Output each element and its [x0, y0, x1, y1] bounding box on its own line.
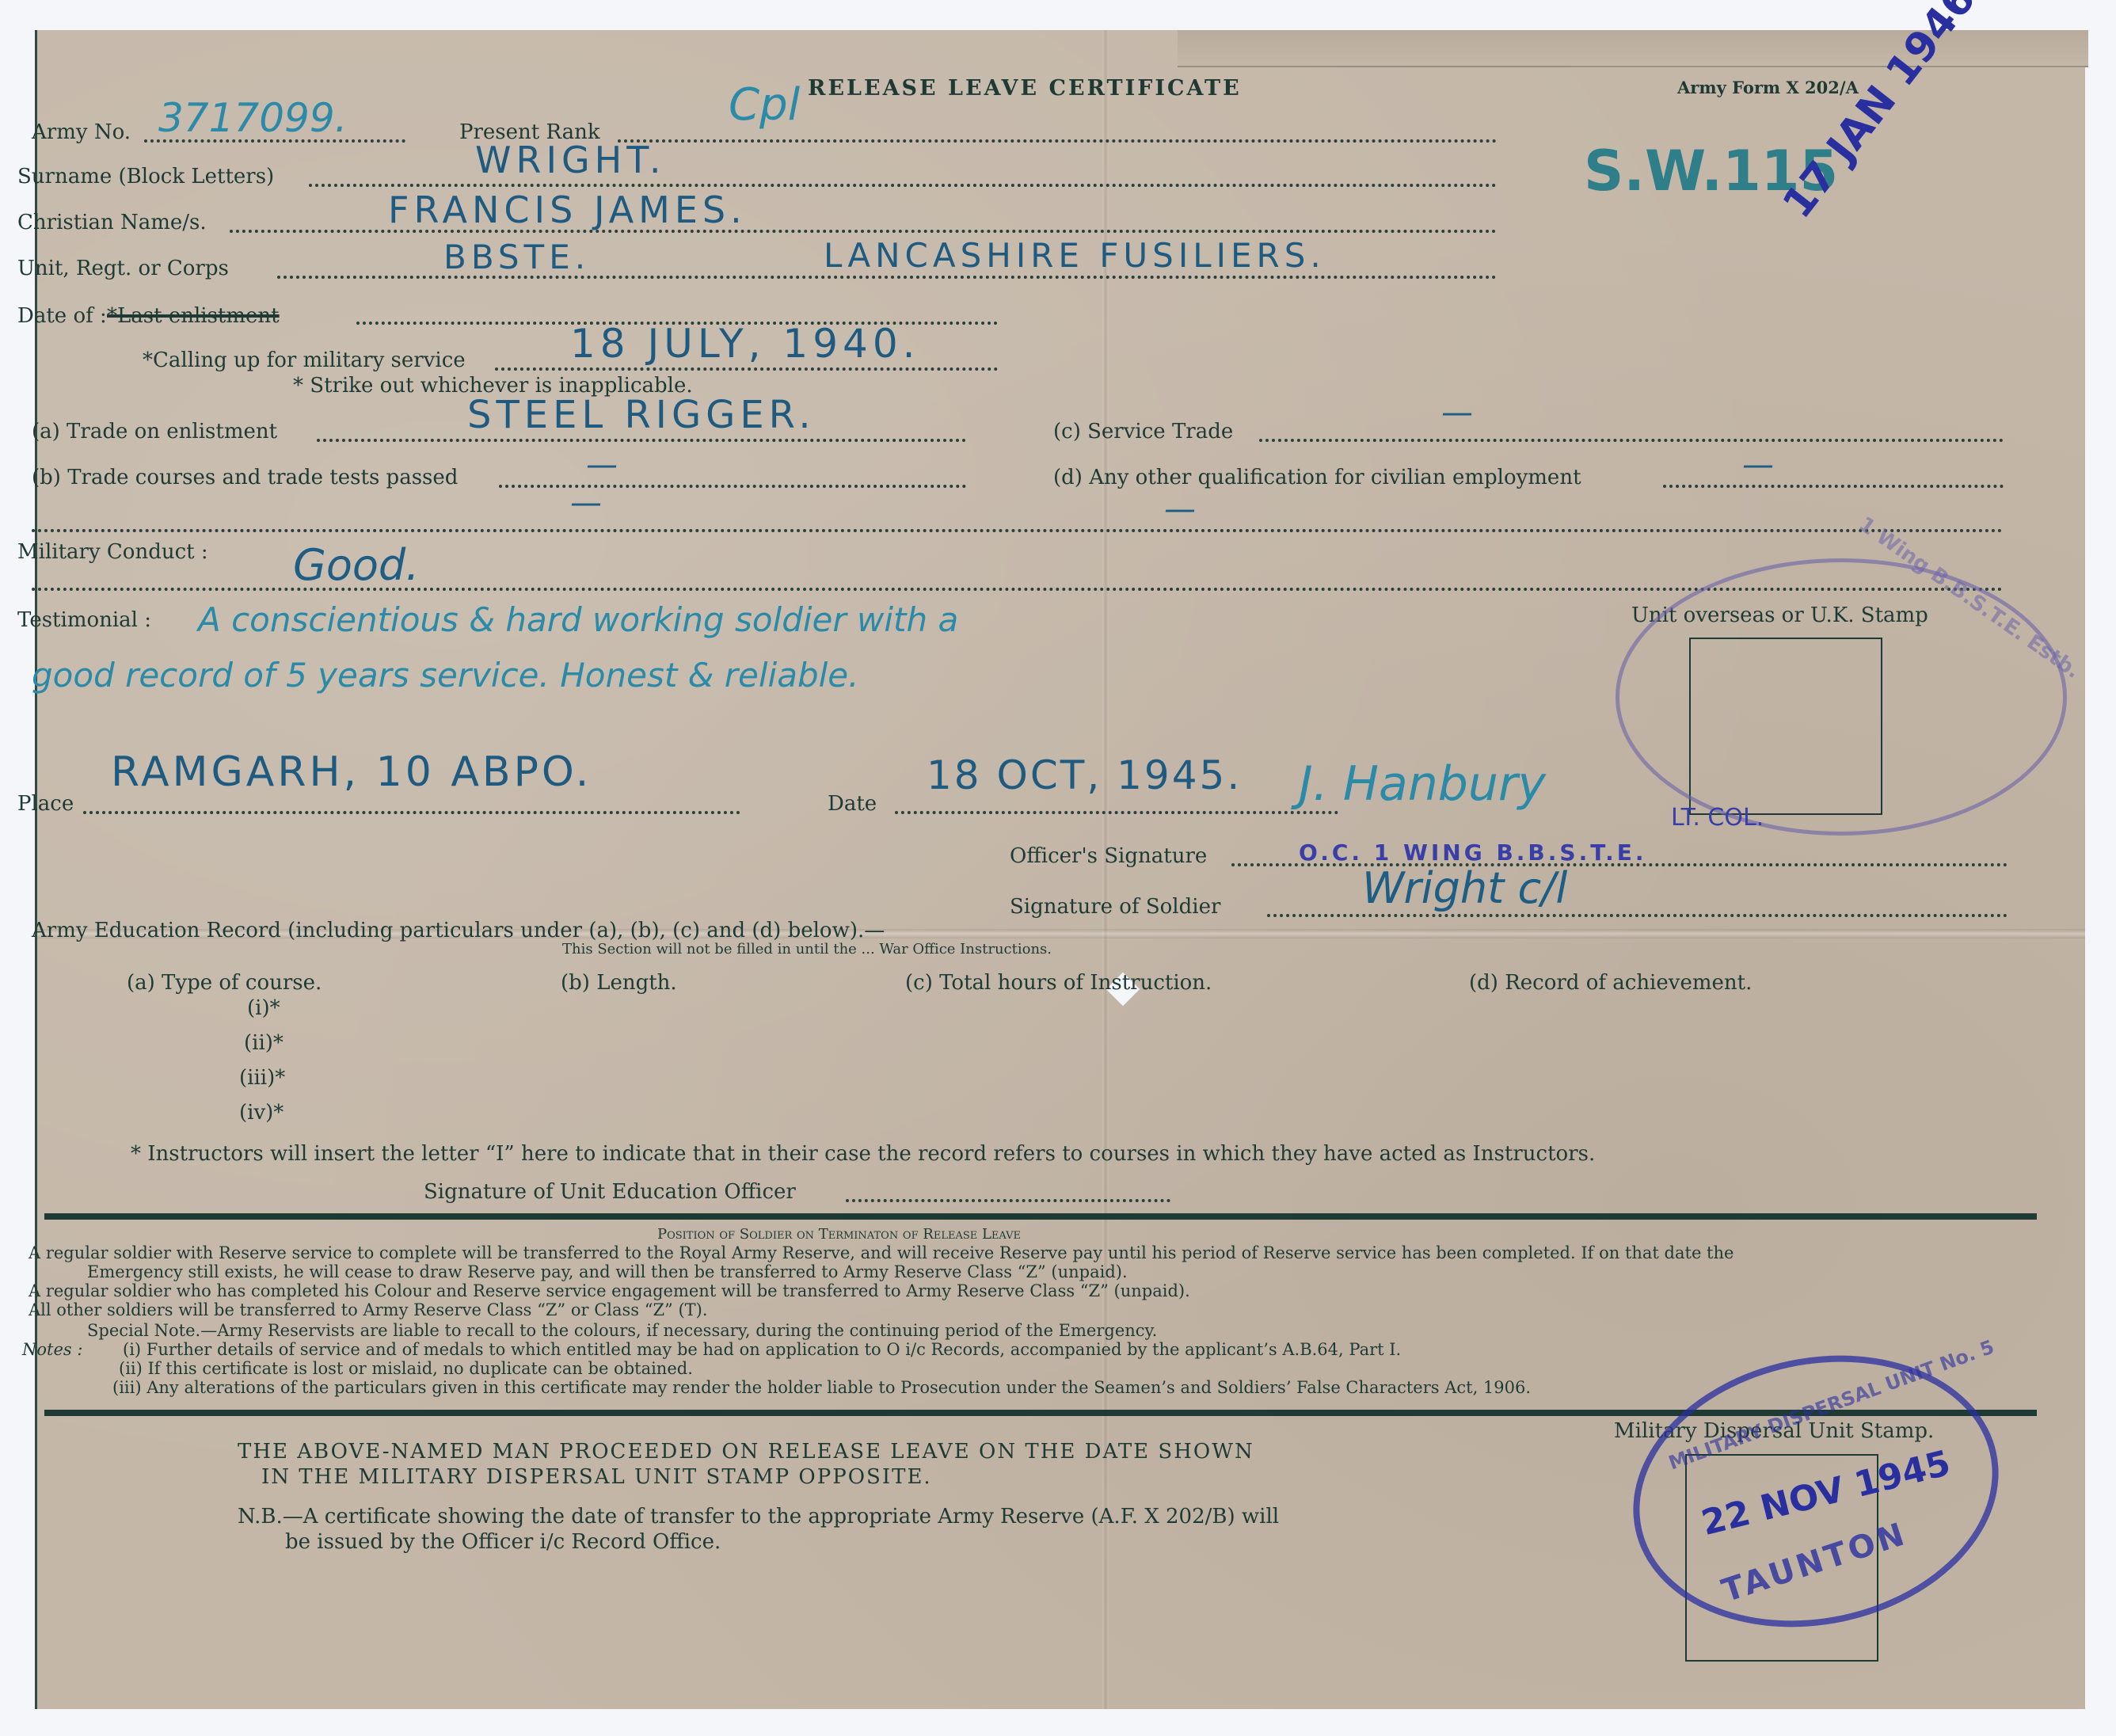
document-title: RELEASE LEAVE CERTIFICATE	[808, 76, 1242, 101]
education-row-i: (i)*	[247, 996, 280, 1020]
unit-value: BBSTE.	[443, 238, 590, 276]
other-qualification-line	[1663, 485, 2004, 488]
education-row-iv: (iv)*	[239, 1101, 284, 1125]
conduct-value: Good.	[293, 540, 419, 590]
trade-enlistment-line	[317, 439, 966, 442]
place-line	[83, 811, 740, 814]
christian-names-label: Christian Name/s.	[17, 211, 207, 234]
trade-courses-label: (b) Trade courses and trade tests passed	[32, 466, 458, 489]
place-value: RAMGARH, 10 ABPO.	[111, 748, 592, 796]
education-col-achievement: (d) Record of achievement.	[1469, 971, 1752, 995]
officer-signature: J. Hanbury	[1299, 756, 1546, 812]
education-col-length: (b) Length.	[561, 971, 677, 995]
surname-label: Surname (Block Letters)	[17, 165, 274, 188]
footer-line-1: THE ABOVE-NAMED MAN PROCEEDED ON RELEASE…	[238, 1440, 1254, 1464]
service-trade-value: —	[1441, 394, 1473, 431]
section-divider-1	[44, 1213, 2037, 1220]
note-ii: (ii) If this certificate is lost or misl…	[119, 1359, 693, 1378]
position-para-3: All other soldiers will be transferred t…	[29, 1300, 708, 1319]
trade-enlistment-label: (a) Trade on enlistment	[32, 420, 277, 444]
soldier-signature: Wright c/l	[1362, 863, 1567, 913]
position-para-1b: Emergency still exists, he will cease to…	[87, 1262, 1128, 1281]
soldier-signature-label: Signature of Soldier	[1010, 895, 1220, 919]
unit-stamp-oval	[1616, 558, 2067, 836]
position-para-1a: A regular soldier with Reserve service t…	[29, 1243, 1734, 1262]
other-qualification-value: —	[1742, 447, 1774, 483]
officer-unit-stamp: O.C. 1 WING B.B.S.T.E.	[1299, 839, 1646, 866]
calling-up-value: 18 JULY, 1940.	[570, 321, 920, 367]
testimonial-label: Testimonial :	[17, 608, 151, 632]
position-heading: Position of Soldier on Terminaton of Rel…	[657, 1226, 1021, 1243]
army-no-value: 3717099.	[158, 95, 348, 141]
qualification-continuation-line	[32, 529, 2004, 532]
calling-up-label: *Calling up for military service	[143, 348, 466, 372]
testimonial-line-2: good record of 5 years service. Honest &…	[32, 656, 858, 695]
calling-up-line	[495, 367, 998, 371]
footer-line-2: IN THE MILITARY DISPERSAL UNIT STAMP OPP…	[261, 1465, 932, 1489]
christian-names-value: FRANCIS JAMES.	[388, 188, 747, 231]
special-note: Special Note.—Army Reservists are liable…	[87, 1321, 1157, 1340]
surname-line	[309, 184, 1497, 187]
education-row-iii: (iii)*	[239, 1066, 285, 1090]
conduct-label: Military Conduct :	[17, 540, 208, 564]
date-line	[895, 811, 1338, 814]
surname-value: WRIGHT.	[475, 139, 666, 181]
testimonial-line-1: A conscientious & hard working soldier w…	[198, 600, 958, 639]
education-subnote: This Section will not be filled in until…	[562, 941, 1052, 957]
education-heading: Army Education Record (including particu…	[32, 919, 885, 942]
service-trade-line	[1259, 439, 2004, 442]
position-para-2: A regular soldier who has completed his …	[29, 1281, 1190, 1300]
officers-signature-label: Officer's Signature	[1010, 844, 1207, 868]
trade-enlistment-value: STEEL RIGGER.	[467, 393, 816, 437]
rank-value: Cpl	[729, 79, 800, 131]
note-i: (i) Further details of service and of me…	[123, 1340, 1401, 1359]
place-label: Place	[17, 792, 74, 816]
instructor-note: * Instructors will insert the letter “I”…	[131, 1142, 1595, 1166]
trade-courses-value-2: —	[570, 485, 602, 521]
date-value: 18 OCT, 1945.	[927, 752, 1242, 798]
education-officer-signature-line	[846, 1199, 1170, 1202]
trade-courses-value: —	[586, 447, 618, 483]
officer-rank-stamp: LT. COL.	[1671, 804, 1764, 832]
education-col-type: (a) Type of course.	[127, 971, 322, 995]
regiment-value: LANCASHIRE FUSILIERS.	[824, 236, 1326, 275]
army-no-label: Army No.	[32, 120, 131, 144]
other-qualification-label: (d) Any other qualification for civilian…	[1053, 466, 1581, 489]
rank-line	[618, 139, 1497, 143]
date-label: Date	[828, 792, 877, 816]
soldier-signature-line	[1267, 914, 2008, 917]
service-trade-label: (c) Service Trade	[1053, 420, 1233, 444]
note-iii: (iii) Any alterations of the particulars…	[112, 1378, 1531, 1397]
unit-label: Unit, Regt. or Corps	[17, 257, 229, 280]
qualification-continuation-value: —	[1164, 491, 1196, 527]
education-row-ii: (ii)*	[244, 1031, 284, 1055]
nb-line-2: be issued by the Officer i/c Record Offi…	[285, 1530, 721, 1554]
notes-label: Notes :	[22, 1340, 82, 1359]
date-of-label: Date of :	[17, 304, 107, 328]
education-officer-signature-label: Signature of Unit Education Officer	[424, 1180, 796, 1204]
trade-courses-line	[499, 485, 966, 488]
last-enlistment-label-struck: *Last enlistment	[107, 304, 280, 328]
education-col-hours: (c) Total hours of Instruction.	[905, 971, 1212, 995]
form-number: Army Form X 202/A	[1677, 78, 1859, 97]
nb-line-1: N.B.—A certificate showing the date of t…	[238, 1505, 1279, 1529]
